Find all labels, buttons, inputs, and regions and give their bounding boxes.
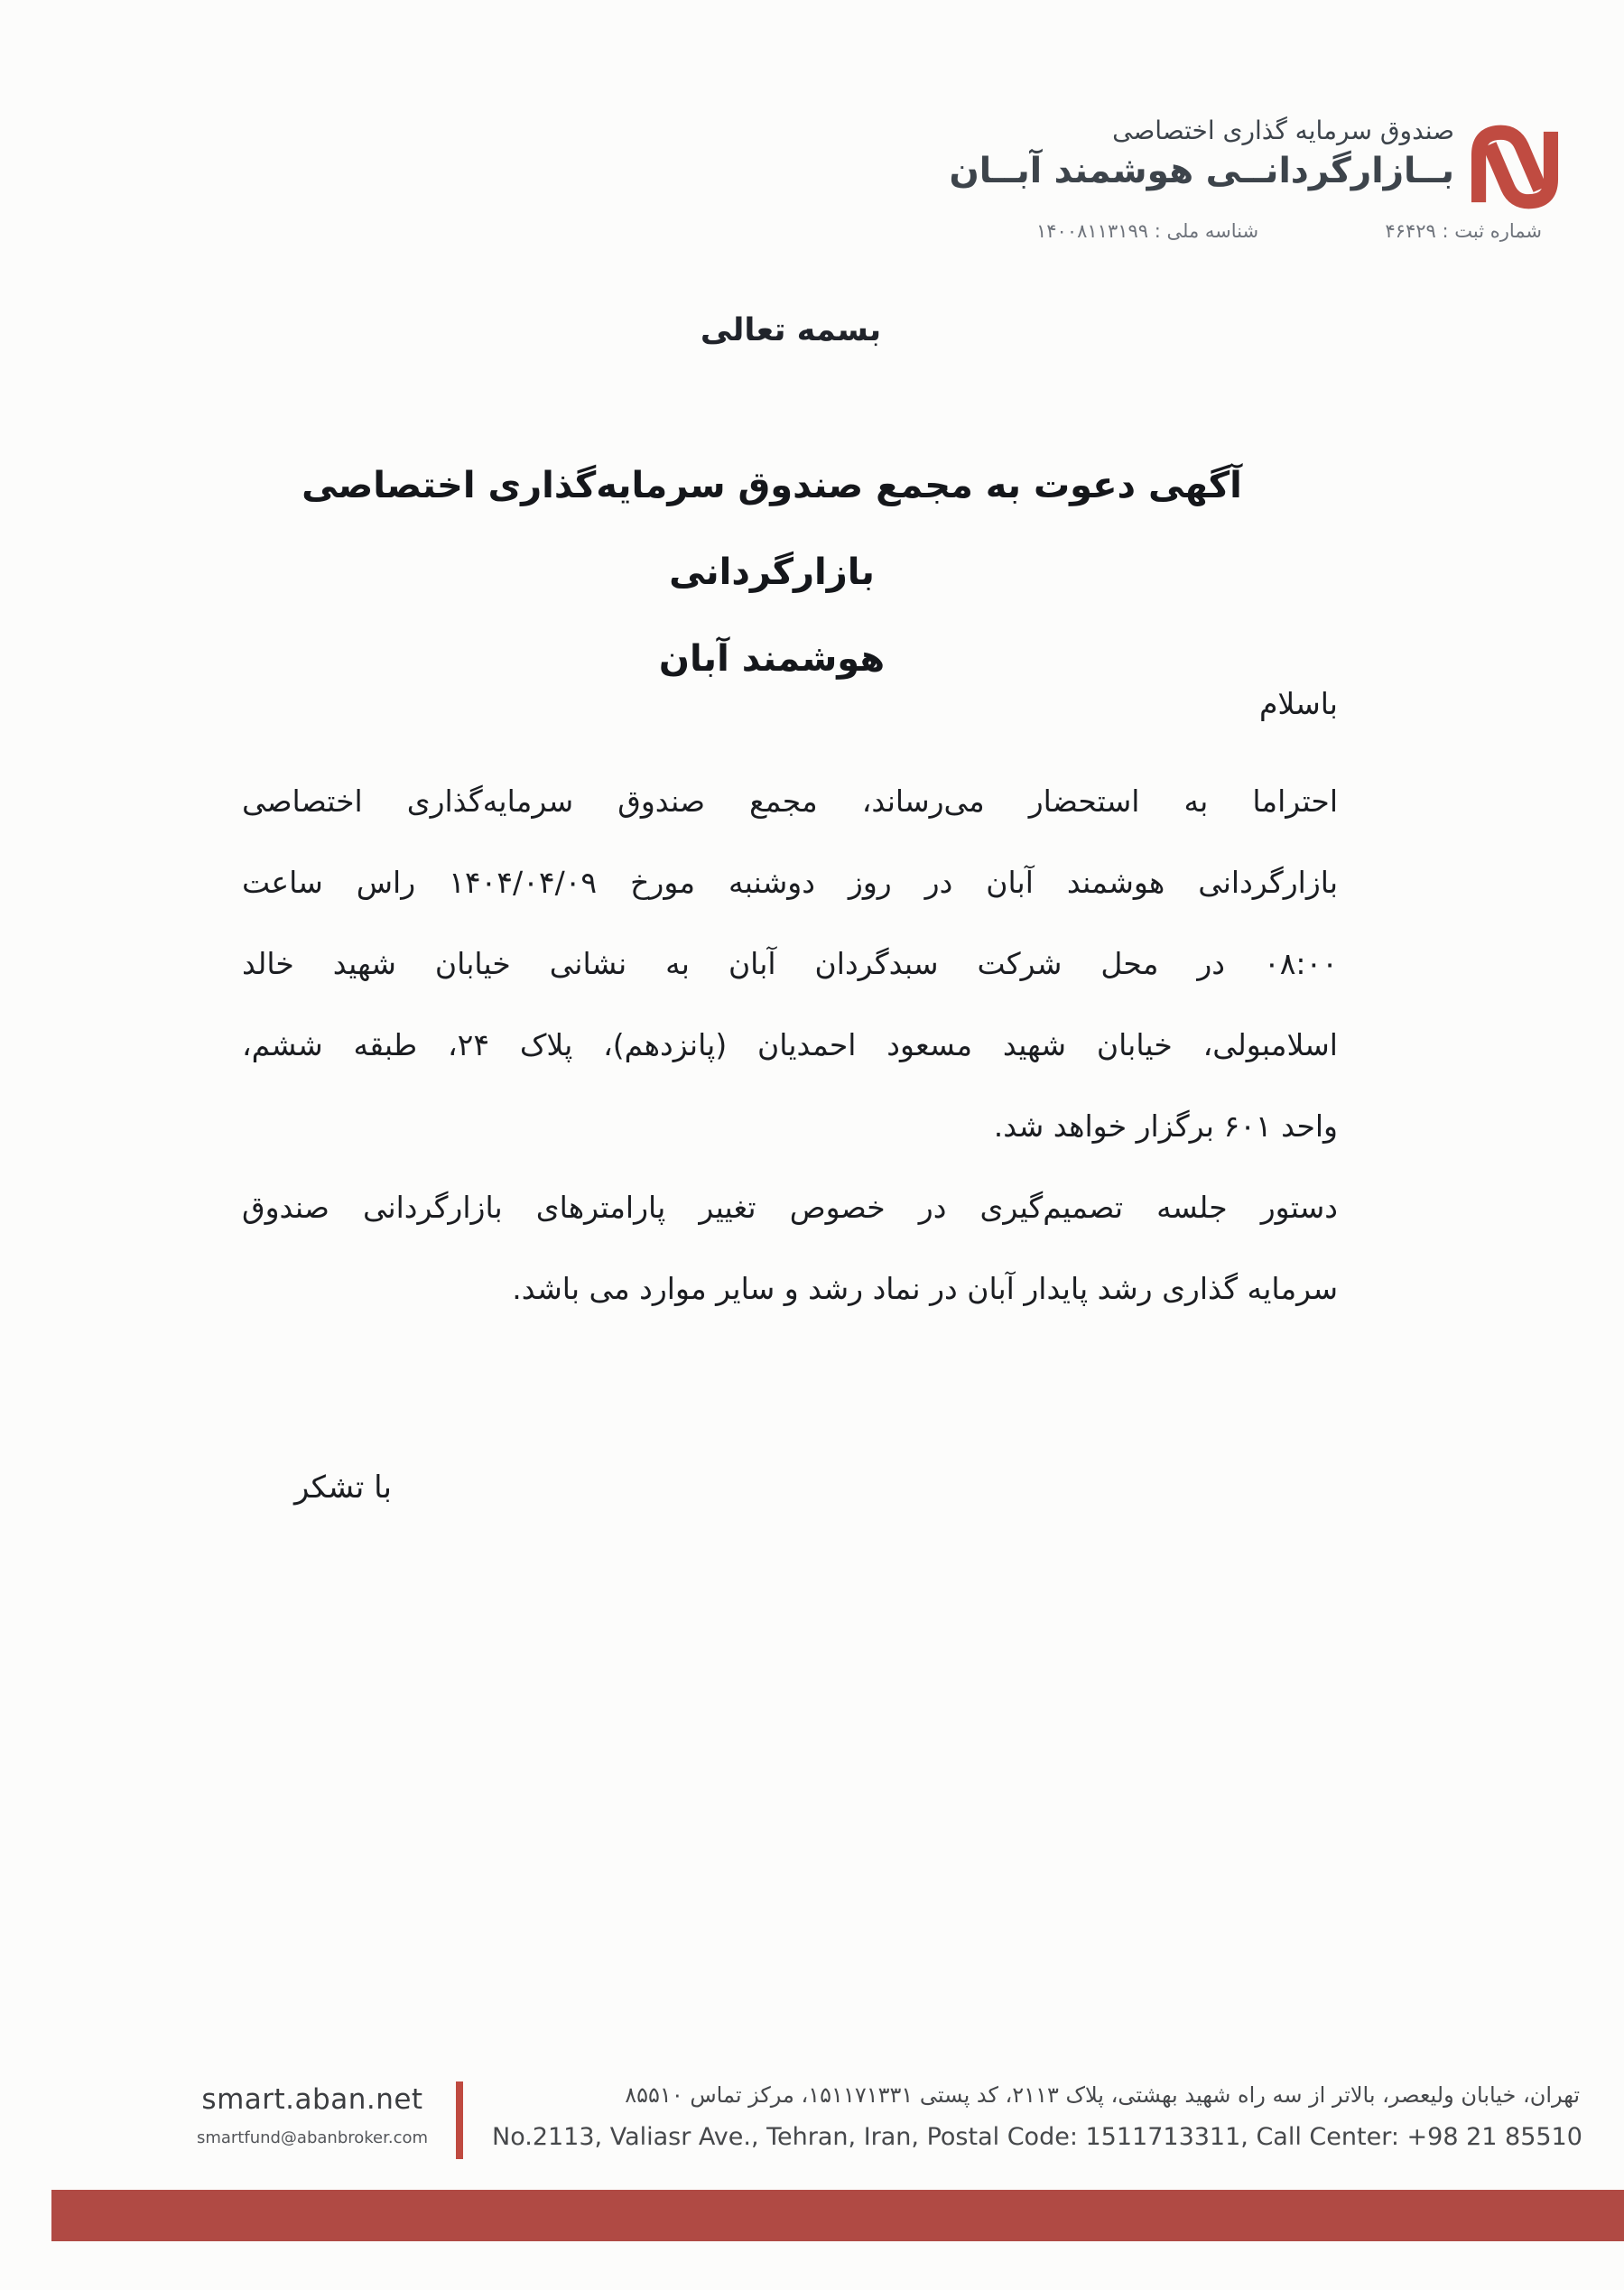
footer-address-en: No.2113, Valiasr Ave., Tehran, Iran, Pos… [492, 2116, 1580, 2159]
body-line: سرمایه گذاری رشد پایدار آبان در نماد رشد… [242, 1248, 1338, 1330]
aban-logo-icon [1469, 117, 1561, 217]
scanned-letter-page: صندوق سرمایه گذاری اختصاصی بــازارگردانـ… [0, 0, 1624, 2290]
footer-divider [456, 2081, 463, 2159]
body-line: اسلامبولی، خیابان شهید مسعود احمدیان (پا… [242, 1005, 1338, 1086]
national-id: شناسه ملی : ۱۴۰۰۸۱۱۳۱۹۹ [1036, 220, 1258, 242]
letter-title-line1: آگهی دعوت به مجمع صندوق سرمایه‌گذاری اخت… [208, 442, 1336, 616]
brand-text: صندوق سرمایه گذاری اختصاصی بــازارگردانـ… [949, 116, 1454, 197]
letter-title: آگهی دعوت به مجمع صندوق سرمایه‌گذاری اخت… [208, 442, 1336, 702]
salutation: باسلام [242, 686, 1338, 721]
footer-address-fa: تهران، خیابان ولیعصر، بالاتر از سه راه ش… [492, 2074, 1580, 2116]
letter-body: احتراما به استحضار می‌رساند، مجمع صندوق … [242, 761, 1338, 1330]
brand-line2: بــازارگردانــی هوشمند آبــان [949, 146, 1454, 197]
closing-thanks: با تشکر [294, 1469, 392, 1506]
footer-address-block: تهران، خیابان ولیعصر، بالاتر از سه راه ش… [492, 2074, 1580, 2159]
body-line: دستور جلسه تصمیم‌گیری در خصوص تغییر پارا… [242, 1167, 1338, 1248]
brand-line1: صندوق سرمایه گذاری اختصاصی [949, 116, 1454, 146]
body-line: احتراما به استحضار می‌رساند، مجمع صندوق … [242, 761, 1338, 842]
besmellah: بسمه تعالی [244, 312, 1338, 348]
footer-email: smartfund@abanbroker.com [177, 2125, 448, 2152]
registration-number: شماره ثبت : ۴۶۴۲۹ [1385, 220, 1542, 242]
footer-contact-left: smart.aban.net smartfund@abanbroker.com [177, 2081, 448, 2152]
registration-row: شماره ثبت : ۴۶۴۲۹ شناسه ملی : ۱۴۰۰۸۱۱۳۱۹… [1036, 220, 1542, 242]
body-line: بازارگردانی هوشمند آبان در روز دوشنبه مو… [242, 842, 1338, 923]
body-line: واحد ۶۰۱ برگزار خواهد شد. [242, 1086, 1338, 1167]
body-line: ۰۸:۰۰ در محل شرکت سبدگردان آبان به نشانی… [242, 923, 1338, 1005]
footer-red-band [51, 2190, 1624, 2241]
footer-website: smart.aban.net [177, 2081, 448, 2118]
